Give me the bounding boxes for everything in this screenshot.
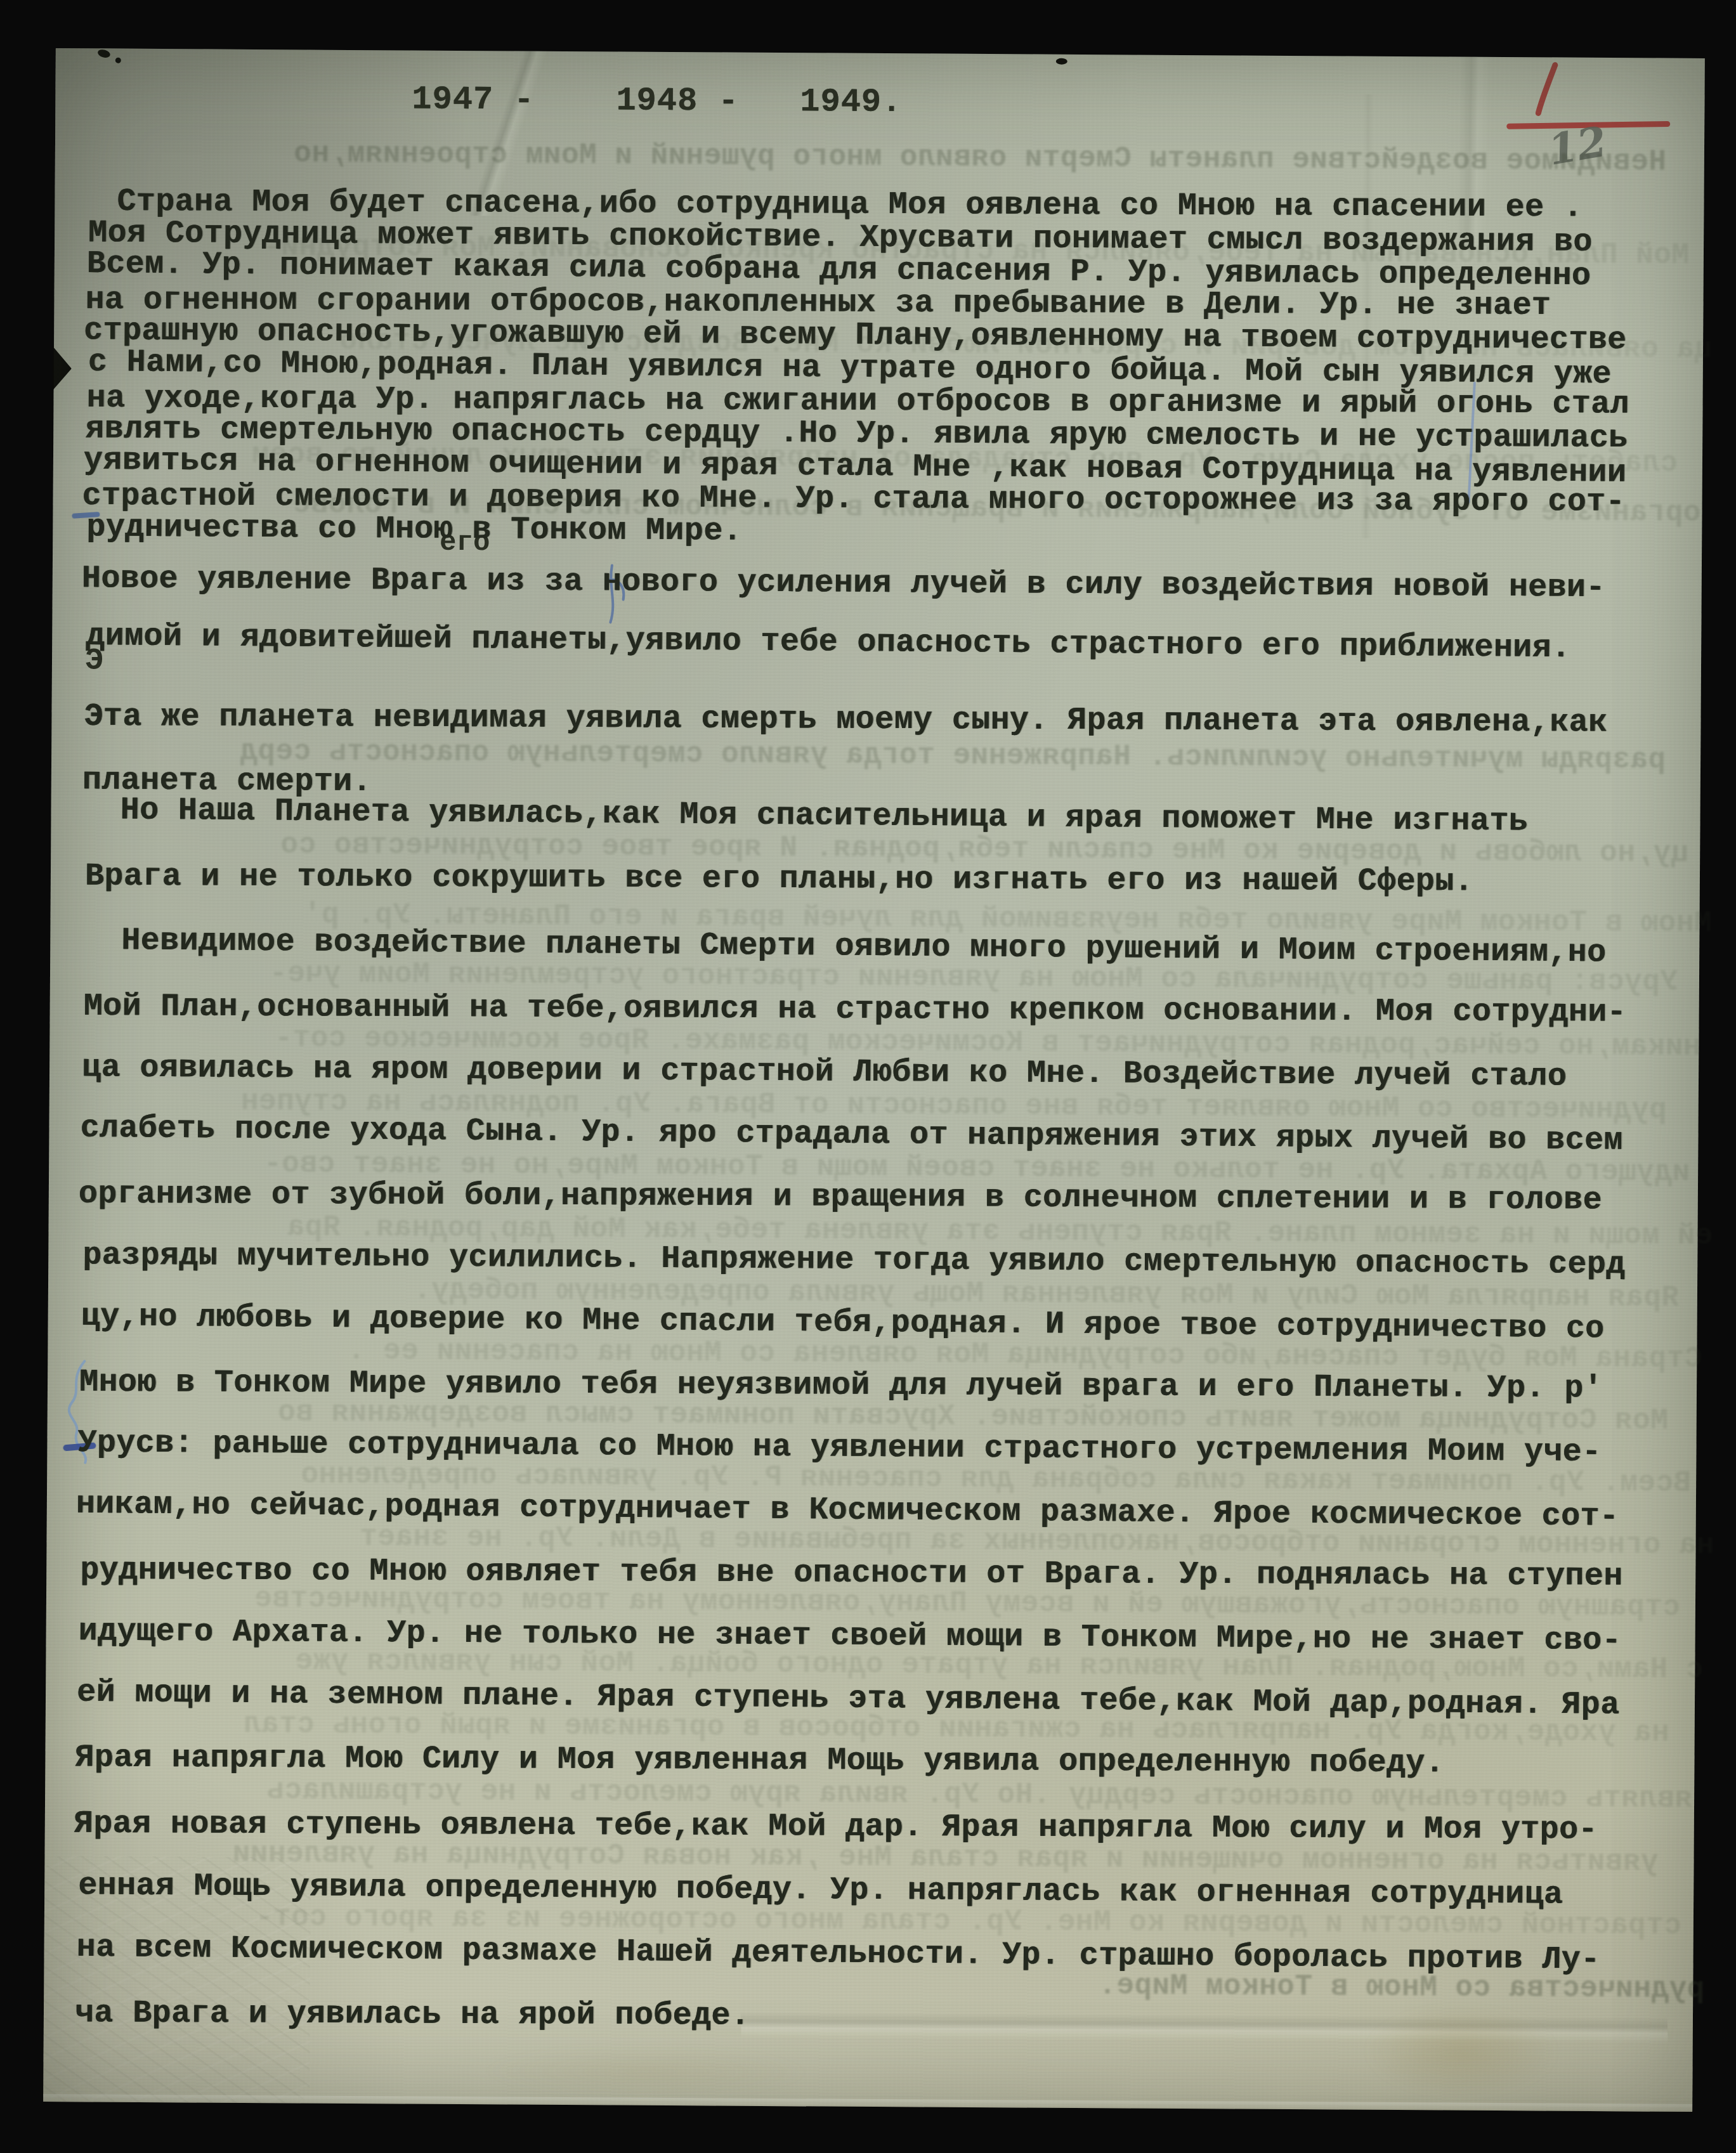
- typed-line: Ярая новая ступень оявлена тебе,как Мой …: [74, 1808, 1598, 1847]
- typed-line: рудничество со Мною оявляет тебя вне опа…: [80, 1554, 1623, 1594]
- typed-line: разряды мучительно усилились. Напряжение…: [82, 1239, 1626, 1282]
- typed-line: на всем Космическом размахе Нашей деятел…: [76, 1932, 1600, 1977]
- typed-line: организме от зубной боли,напряжения и вр…: [79, 1178, 1602, 1218]
- typed-line: ца оявилась на яром доверии и страстной …: [82, 1051, 1567, 1094]
- typed-line: идущего Архата. Ур. не только не знает с…: [78, 1615, 1621, 1658]
- typed-line: ей мощи и на земном плане. Ярая ступень …: [77, 1676, 1620, 1722]
- typed-line: ча Врага и уявилась на ярой победе.: [75, 1997, 750, 2033]
- bleedthrough-line: Невидимое воздействие планеты Смерти ояв…: [68, 138, 1666, 176]
- scanned-page: 1947 - 1948 - 1949. 12 его Э Страна Моя …: [43, 48, 1705, 2112]
- typed-line: енная Мощь уявила определенную победу. У…: [78, 1870, 1563, 1912]
- typed-line: Новое уявление Врага из за нового усилен…: [82, 563, 1605, 605]
- typed-line: никам,но сейчас,родная сотрудничает в Ко…: [76, 1488, 1619, 1534]
- typed-line: Эта же планета невидимая уявила смерть м…: [84, 701, 1607, 740]
- typed-line: Урусв: раньше сотрудничала со Мною на уя…: [77, 1428, 1601, 1470]
- typed-line: цу,но любовь и доверие ко Мне спасли теб…: [81, 1301, 1604, 1346]
- typed-line: Но Наша Планета уявилась,как Моя спасите…: [120, 794, 1528, 839]
- typed-text-layer: Страна Моя будет спасена,ибо сотрудница …: [43, 48, 1705, 2112]
- typed-line: рудничества со Мною в Тонком Мире.: [86, 511, 742, 549]
- typed-line: Невидимое воздействие планеты Смерти ояв…: [121, 925, 1607, 970]
- typed-line: Мой План,основанный на тебе,оявился на с…: [84, 991, 1627, 1030]
- typed-line: Врага и не только сокрушить все его план…: [85, 861, 1473, 899]
- typed-line: Ярая напрягла Мою Силу и Моя уявленная М…: [75, 1742, 1444, 1781]
- typed-line: слабеть после ухода Сына. Ур. яро страда…: [80, 1112, 1623, 1158]
- typed-line: димой и ядовитейшей планеты,уявило тебе …: [86, 620, 1571, 666]
- typed-line: Мною в Тонком Мире уявило тебя неуязвимо…: [79, 1366, 1603, 1405]
